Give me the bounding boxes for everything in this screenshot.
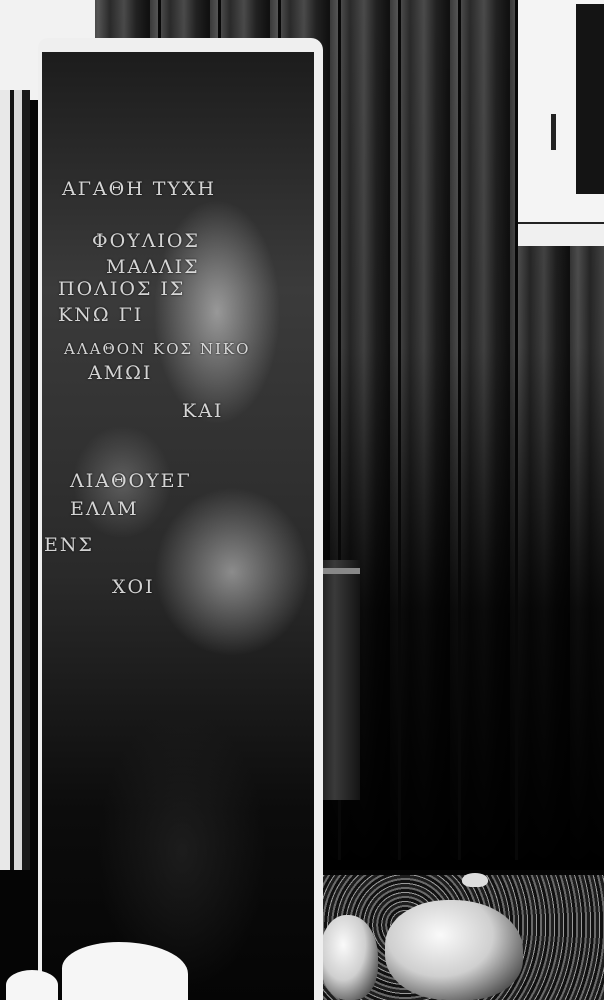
- inscription-line: ΚΝΩ ΓΙ: [58, 306, 143, 325]
- inscription-line: ΧΟΙ: [112, 578, 155, 597]
- foreground-white-stone: [6, 970, 58, 1000]
- rock-small: [462, 873, 488, 887]
- window-pane: [576, 4, 604, 194]
- inscription-line: ΕΛΛΜ: [70, 500, 139, 519]
- plank-seam: [398, 0, 401, 860]
- inscription-line: ΚΑΙ: [182, 402, 223, 421]
- inscription-line: ΕΝΣ: [44, 536, 94, 555]
- inscription-line: ΑΜΩΙ: [88, 364, 152, 383]
- inscription-line: ΜΑΛΛΙΣ: [106, 258, 200, 277]
- left-edge-post: [0, 90, 30, 870]
- rock: [385, 900, 523, 1000]
- window-latch-icon: [551, 114, 556, 150]
- photograph-scene: ΑΓΑΘΗ ΤΥΧΗ ΦΟΥΛΙΟΣ ΜΑΛΛΙΣ ΠΟΛΙΟΣ ΙΣ ΚΝΩ …: [0, 0, 604, 1000]
- inscription-line: ΑΓΑΘΗ ΤΥΧΗ: [62, 180, 216, 199]
- inscription-line: ΠΟΛΙΟΣ ΙΣ: [58, 280, 185, 299]
- inscription-line: ΛΙΑΘΟΥΕΓ: [70, 472, 192, 491]
- barrel-hoop: [318, 568, 360, 574]
- inscription-line: ΦΟΥΛΙΟΣ: [92, 232, 200, 251]
- inscription-line: ΑΛΑΘΟΝ ΚΟΣ ΝΙΚΟ: [64, 342, 250, 357]
- plank-seam: [458, 0, 461, 860]
- window-sill: [518, 222, 604, 246]
- rock: [320, 915, 378, 1000]
- barrel: [318, 560, 360, 800]
